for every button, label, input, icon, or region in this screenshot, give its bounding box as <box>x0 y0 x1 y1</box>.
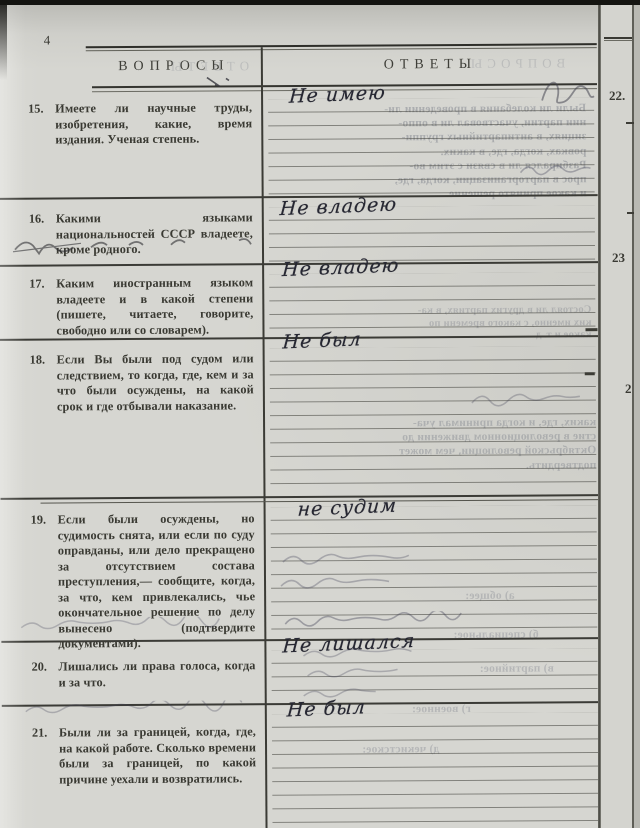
next-page-line-mark <box>627 212 634 214</box>
row-question-20: 20. Лишались ли права голоса, когда и за… <box>1 637 599 705</box>
question-number: 15. <box>28 102 43 117</box>
question-text: Имеете ли научные труды, изобретения, ка… <box>55 100 252 148</box>
next-page-top-rule <box>604 37 632 41</box>
next-page-right-edge <box>632 0 634 828</box>
answer-ruled-lines <box>270 346 597 496</box>
question-number: 20. <box>31 660 46 675</box>
question-rows: 15. Имеете ли научные труды, изобретения… <box>0 88 599 828</box>
question-cell: 15. Имеете ли научные труды, изобретения… <box>0 90 261 198</box>
question-cell: 18. Если Вы были под судом или следствие… <box>0 339 263 498</box>
handwritten-answer: Не был <box>282 328 362 353</box>
next-page-question-23: 23 <box>612 250 625 266</box>
scanned-questionnaire-page: 4 ВОПРОСЫ ОТВЕТЫ ОТВЕТЫ ВОПРОСЫ Были ли … <box>0 0 640 828</box>
scan-artifact-dash <box>585 328 597 331</box>
question-text: Какими языками национальностей СССР влад… <box>56 210 253 258</box>
scan-left-edge-shadow <box>0 0 7 80</box>
question-number: 19. <box>31 513 46 528</box>
bleedthrough-header-otvety: ОТВЕТЫ <box>166 59 249 74</box>
answer-cell: Не был <box>265 337 599 496</box>
next-page-question-22: 22. <box>609 88 625 104</box>
scanner-background <box>634 0 640 828</box>
question-number: 18. <box>30 353 45 368</box>
question-cell: 19. Если были осуждены, но судимость сня… <box>1 498 264 641</box>
question-text: Если Вы были под судом или следствием, т… <box>57 351 254 414</box>
answer-cell: Не владею <box>264 263 598 337</box>
question-text: Были ли за границей, когда, где, на како… <box>59 724 256 787</box>
question-text: Каким иностранным языком владеете и в ка… <box>56 275 253 338</box>
answer-ruled-lines <box>271 648 597 703</box>
row-question-16: 16. Какими языками национальностей СССР … <box>0 194 598 265</box>
next-page-question-24: 2 <box>625 381 632 397</box>
next-page-edge <box>601 0 634 828</box>
next-page-line-mark <box>626 122 634 124</box>
question-cell: 20. Лишались ли права голоса, когда и за… <box>1 641 263 705</box>
row-question-17: 17. Каким иностранным языком владеете и … <box>0 261 599 339</box>
scan-artifact-dash <box>585 372 595 375</box>
handwritten-answer: не судим <box>297 495 398 521</box>
answer-ruled-lines <box>269 272 595 337</box>
answer-cell: Не владею <box>264 196 598 263</box>
answer-ruled-lines <box>271 505 598 639</box>
row-question-21: 21. Были ли за границей, когда, где, на … <box>2 701 599 828</box>
row-question-15: 15. Имеете ли научные труды, изобретения… <box>0 88 598 198</box>
question-number: 17. <box>29 277 44 292</box>
answer-ruled-lines <box>272 712 599 826</box>
question-number: 21. <box>32 726 47 741</box>
question-cell: 21. Были ли за границей, когда, где, на … <box>2 705 265 828</box>
scan-top-edge <box>0 0 640 5</box>
sheet-content: 4 ВОПРОСЫ ОТВЕТЫ ОТВЕТЫ ВОПРОСЫ Были ли … <box>0 0 599 828</box>
answer-cell: Не имею <box>263 88 598 196</box>
handwritten-answer: Не имею <box>288 82 386 108</box>
question-cell: 16. Какими языками национальностей СССР … <box>0 198 261 265</box>
answer-ruled-lines <box>268 97 595 196</box>
questionnaire-sheet: 4 ВОПРОСЫ ОТВЕТЫ ОТВЕТЫ ВОПРОСЫ Были ли … <box>0 0 599 828</box>
handwritten-answer: Не был <box>286 696 366 721</box>
question-cell: 17. Каким иностранным языком владеете и … <box>0 265 262 339</box>
answer-cell: Не был <box>267 703 599 826</box>
question-text: Лишались ли права голоса, когда и за что… <box>58 658 255 690</box>
question-number: 16. <box>29 212 44 227</box>
answer-cell: не судим <box>266 496 599 639</box>
row-question-18: 18. Если Вы были под судом или следствие… <box>0 335 599 498</box>
bleedthrough-header-voprosy: ВОПРОСЫ <box>466 56 565 71</box>
question-text: Если были осуждены, но судимость снята, … <box>58 511 256 652</box>
answer-cell: Не лишался <box>266 639 599 703</box>
table-top-rule <box>86 43 597 51</box>
page-number: 4 <box>44 33 52 49</box>
page-fold-edge <box>598 0 601 828</box>
row-question-19: 19. Если были осуждены, но судимость сня… <box>1 494 599 641</box>
